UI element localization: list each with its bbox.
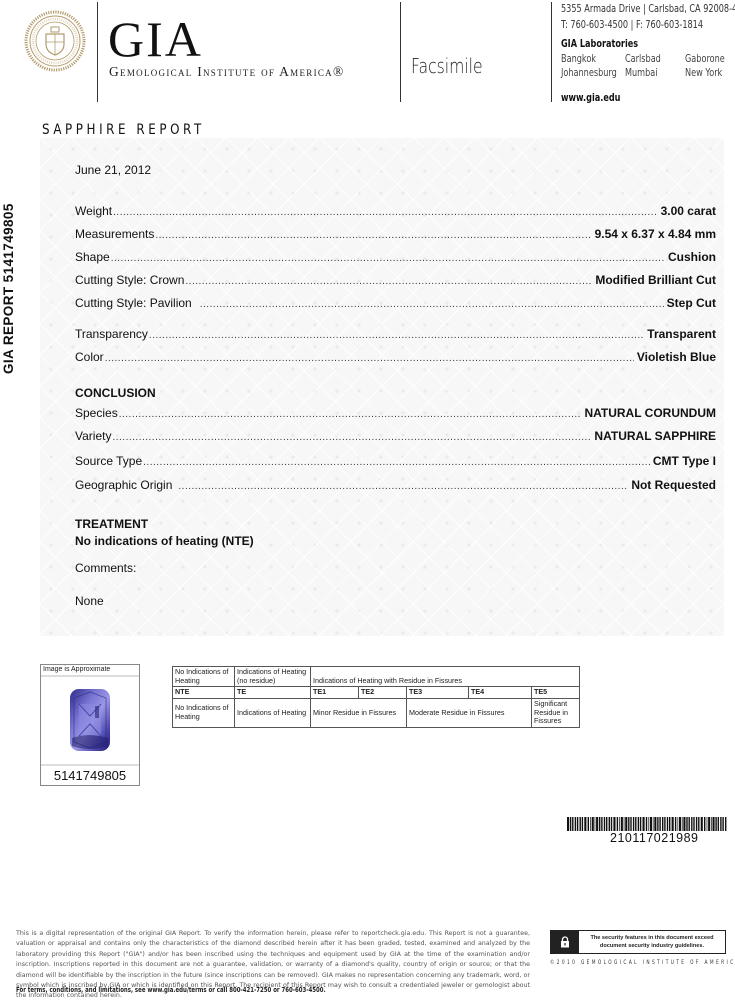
leader-dots — [112, 432, 591, 443]
conclusion-row-variety: VarietyNATURAL SAPPHIRE — [75, 429, 716, 443]
security-notice: The security features in this document e… — [550, 930, 726, 954]
conclusion-value: NATURAL SAPPHIRE — [594, 429, 716, 443]
table-cell: TE5 — [532, 687, 580, 699]
property-row-measurements: Measurements9.54 x 6.37 x 4.84 mm — [75, 227, 716, 241]
property-label: Cutting Style: Pavilion — [75, 296, 192, 310]
property-row-cutting-pavilion: Cutting Style: PavilionStep Cut — [75, 296, 716, 310]
table-description-row: No Indications of Heating Indications of… — [173, 699, 580, 728]
property-value: Step Cut — [667, 296, 716, 310]
gia-full-name: Gemological Institute of America® — [109, 64, 345, 80]
table-cell: Minor Residue in Fissures — [311, 699, 407, 728]
leader-dots — [200, 299, 664, 310]
gem-image-box: Image is Approximate 5141749805 — [40, 664, 140, 786]
lab-location: New York — [685, 66, 729, 79]
gia-wordmark: GIA — [108, 14, 203, 64]
gemstone-image — [69, 688, 111, 752]
header-divider — [97, 2, 98, 102]
table-cell: No Indications of Heating — [173, 699, 235, 728]
table-cell: Significant Residue in Fissures — [532, 699, 580, 728]
leader-dots — [119, 409, 582, 420]
header-divider — [400, 2, 401, 102]
property-value: 3.00 carat — [661, 204, 716, 218]
treatment-scale-table: No Indications of Heating Indications of… — [172, 666, 580, 728]
lab-location: Mumbai — [625, 66, 669, 79]
security-text: The security features in this document e… — [579, 931, 725, 953]
terms-text: For terms, conditions, and limitations, … — [16, 986, 326, 994]
report-title: SAPPHIRE REPORT — [42, 122, 205, 138]
property-label: Shape — [75, 250, 110, 264]
phone-fax-line: T: 760-603-4500 | F: 760-603-1814 — [561, 18, 703, 31]
labs-list: Bangkok Carlsbad Gaborone Johannesburg M… — [561, 52, 735, 79]
table-cell: TE3 — [407, 687, 469, 699]
property-value: 9.54 x 6.37 x 4.84 mm — [595, 227, 716, 241]
conclusion-value: NATURAL CORUNDUM — [584, 406, 716, 420]
property-label: Color — [75, 350, 104, 364]
comments-value: None — [75, 594, 104, 608]
lab-location: Bangkok — [561, 52, 608, 65]
property-value: Violetish Blue — [637, 350, 716, 364]
conclusion-label: Species — [75, 406, 118, 420]
report-date: June 21, 2012 — [75, 163, 151, 177]
property-value: Cushion — [668, 250, 716, 264]
barcode — [567, 817, 727, 831]
property-row-shape: ShapeCushion — [75, 250, 716, 264]
property-row-transparency: TransparencyTransparent — [75, 327, 716, 341]
leader-dots — [143, 457, 650, 468]
lock-icon — [551, 931, 579, 953]
leader-dots — [113, 207, 657, 218]
conclusion-row-geographic-origin: Geographic OriginNot Requested — [75, 478, 716, 492]
comments-label: Comments: — [75, 561, 136, 575]
copyright-text: ©2010 GEMOLOGICAL INSTITUTE OF AMERICA, … — [550, 959, 735, 966]
lab-location: Johannesburg — [561, 66, 608, 79]
website-link[interactable]: www.gia.edu — [561, 91, 620, 104]
property-label: Measurements — [75, 227, 154, 241]
side-report-number: GIA REPORT 5141749805 — [1, 203, 16, 374]
table-cell: TE2 — [359, 687, 407, 699]
conclusion-value: Not Requested — [631, 478, 716, 492]
property-value: Modified Brilliant Cut — [595, 273, 716, 287]
document-type: Facsimile — [411, 54, 483, 78]
table-cell: Indications of Heating — [235, 699, 311, 728]
property-row-weight: Weight3.00 carat — [75, 204, 716, 218]
property-row-color: ColorVioletish Blue — [75, 350, 716, 364]
property-label: Transparency — [75, 327, 148, 341]
lab-location: Gaborone — [685, 52, 729, 65]
table-cell: Indications of Heating (no residue) — [235, 667, 311, 687]
conclusion-row-source-type: Source TypeCMT Type I — [75, 454, 716, 468]
leader-dots — [111, 253, 665, 264]
conclusion-heading: CONCLUSION — [75, 386, 156, 400]
gia-seal-logo — [24, 10, 86, 72]
table-codes-row: NTE TE TE1 TE2 TE3 TE4 TE5 — [173, 687, 580, 699]
leader-dots — [178, 481, 628, 492]
table-cell: Moderate Residue in Fissures — [407, 699, 532, 728]
table-cell: Indications of Heating with Residue in F… — [311, 667, 580, 687]
image-caption: Image is Approximate — [41, 665, 139, 677]
treatment-heading: TREATMENT — [75, 517, 148, 531]
address-line: 5355 Armada Drive | Carlsbad, CA 92008-4… — [561, 2, 735, 15]
conclusion-label: Variety — [75, 429, 111, 443]
header-divider — [551, 2, 552, 102]
table-cell: TE4 — [469, 687, 532, 699]
table-cell: TE — [235, 687, 311, 699]
labs-title: GIA Laboratories — [561, 37, 638, 50]
table-cell: No Indications of Heating — [173, 667, 235, 687]
leader-dots — [155, 230, 591, 241]
conclusion-label: Geographic Origin — [75, 478, 172, 492]
conclusion-label: Source Type — [75, 454, 142, 468]
property-label: Weight — [75, 204, 112, 218]
property-value: Transparent — [647, 327, 716, 341]
table-cell: NTE — [173, 687, 235, 699]
gem-report-number: 5141749805 — [41, 764, 139, 785]
property-label: Cutting Style: Crown — [75, 273, 184, 287]
barcode-number: 210117021989 — [610, 831, 699, 845]
conclusion-row-species: SpeciesNATURAL CORUNDUM — [75, 406, 716, 420]
property-row-cutting-crown: Cutting Style: CrownModified Brilliant C… — [75, 273, 716, 287]
leader-dots — [105, 353, 634, 364]
lab-location: Carlsbad — [625, 52, 669, 65]
table-cell: TE1 — [311, 687, 359, 699]
leader-dots — [185, 276, 592, 287]
treatment-value: No indications of heating (NTE) — [75, 534, 254, 548]
leader-dots — [149, 330, 644, 341]
table-header-row: No Indications of Heating Indications of… — [173, 667, 580, 687]
conclusion-value: CMT Type I — [653, 454, 716, 468]
